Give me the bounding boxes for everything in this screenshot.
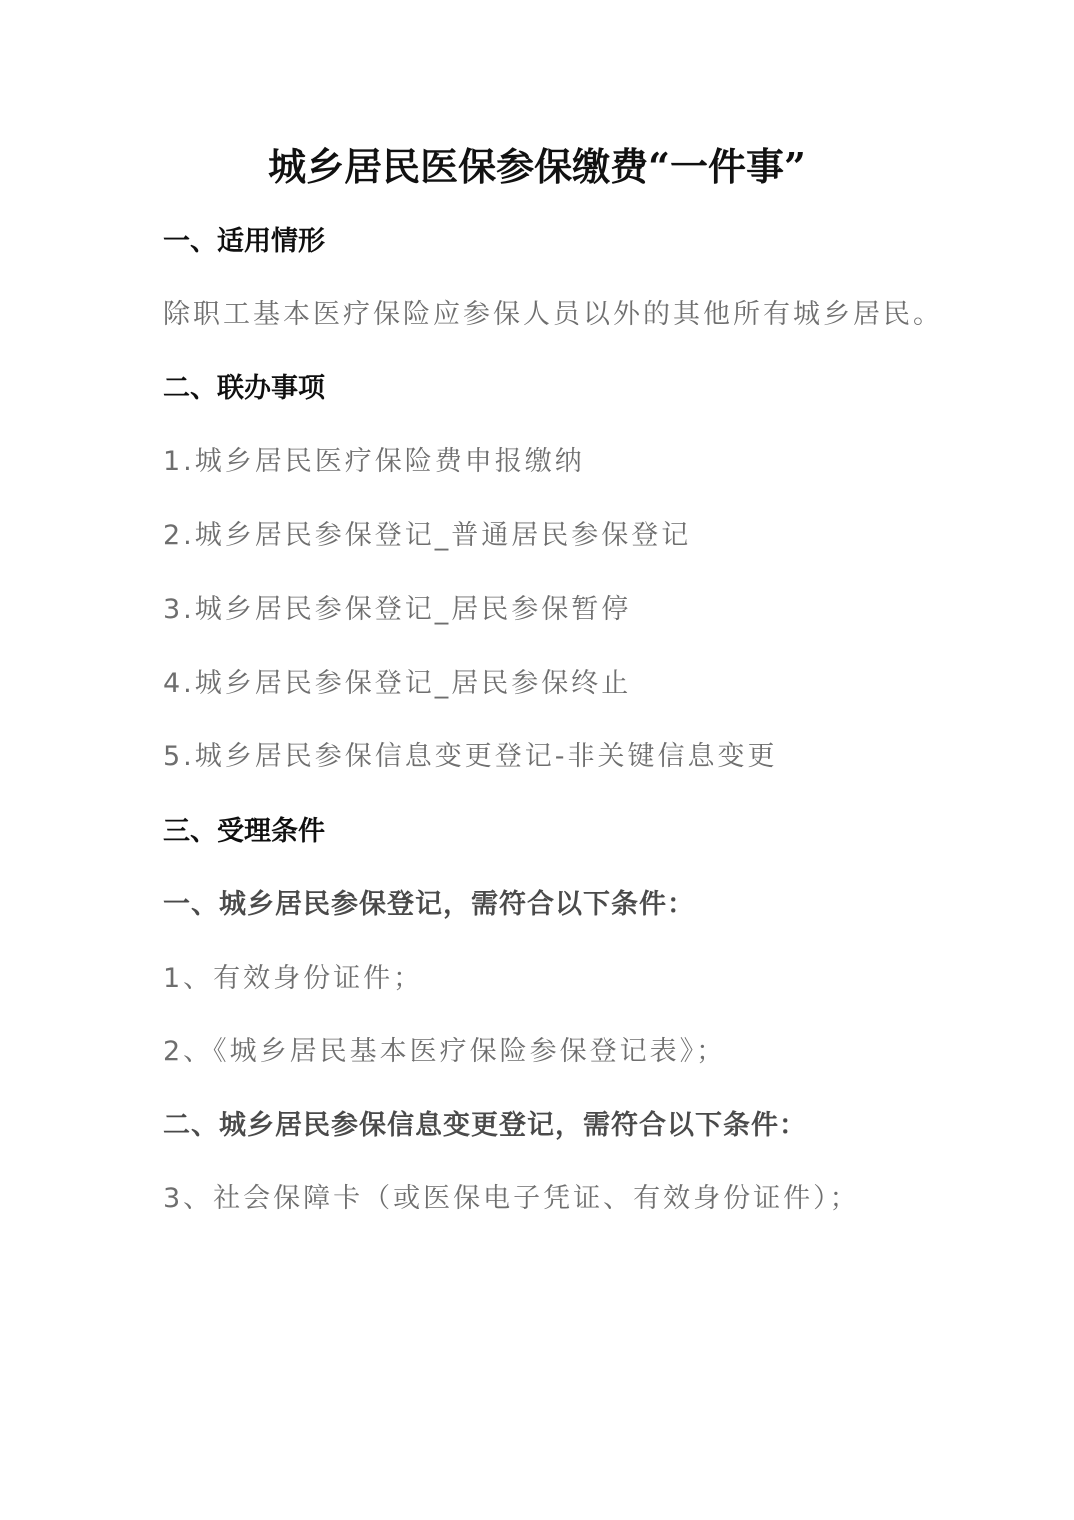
- list-item-joint-matter-5: 5.城乡居民参保信息变更登记-非关键信息变更: [163, 739, 778, 775]
- section-heading-acceptance-conditions: 三、受理条件: [163, 814, 325, 850]
- section-heading-applicable-situations: 一、适用情形: [163, 224, 325, 260]
- list-item-joint-matter-4: 4.城乡居民参保登记_居民参保终止: [163, 666, 631, 702]
- list-item-joint-matter-2: 2.城乡居民参保登记_普通居民参保登记: [163, 518, 691, 554]
- subheading-enrollment-registration: 一、城乡居民参保登记，需符合以下条件：: [163, 887, 695, 923]
- list-item-joint-matter-3: 3.城乡居民参保登记_居民参保暂停: [163, 592, 631, 628]
- paragraph-applicable-scope: 除职工基本医疗保险应参保人员以外的其他所有城乡居民。: [163, 297, 943, 333]
- list-item-condition-2: 2、《城乡居民基本医疗保险参保登记表》；: [163, 1034, 726, 1070]
- list-item-condition-1: 1、有效身份证件；: [163, 961, 423, 997]
- section-heading-joint-matters: 二、联办事项: [163, 371, 325, 407]
- list-item-condition-3: 3、社会保障卡（或医保电子凭证、有效身份证件）；: [163, 1181, 860, 1217]
- document-page: 城乡居民医保参保缴费“一件事” 一、适用情形 除职工基本医疗保险应参保人员以外的…: [0, 0, 1074, 1520]
- document-title: 城乡居民医保参保缴费“一件事”: [0, 142, 1074, 192]
- subheading-info-change-registration: 二、城乡居民参保信息变更登记，需符合以下条件：: [163, 1108, 807, 1144]
- list-item-joint-matter-1: 1.城乡居民医疗保险费申报缴纳: [163, 444, 585, 480]
